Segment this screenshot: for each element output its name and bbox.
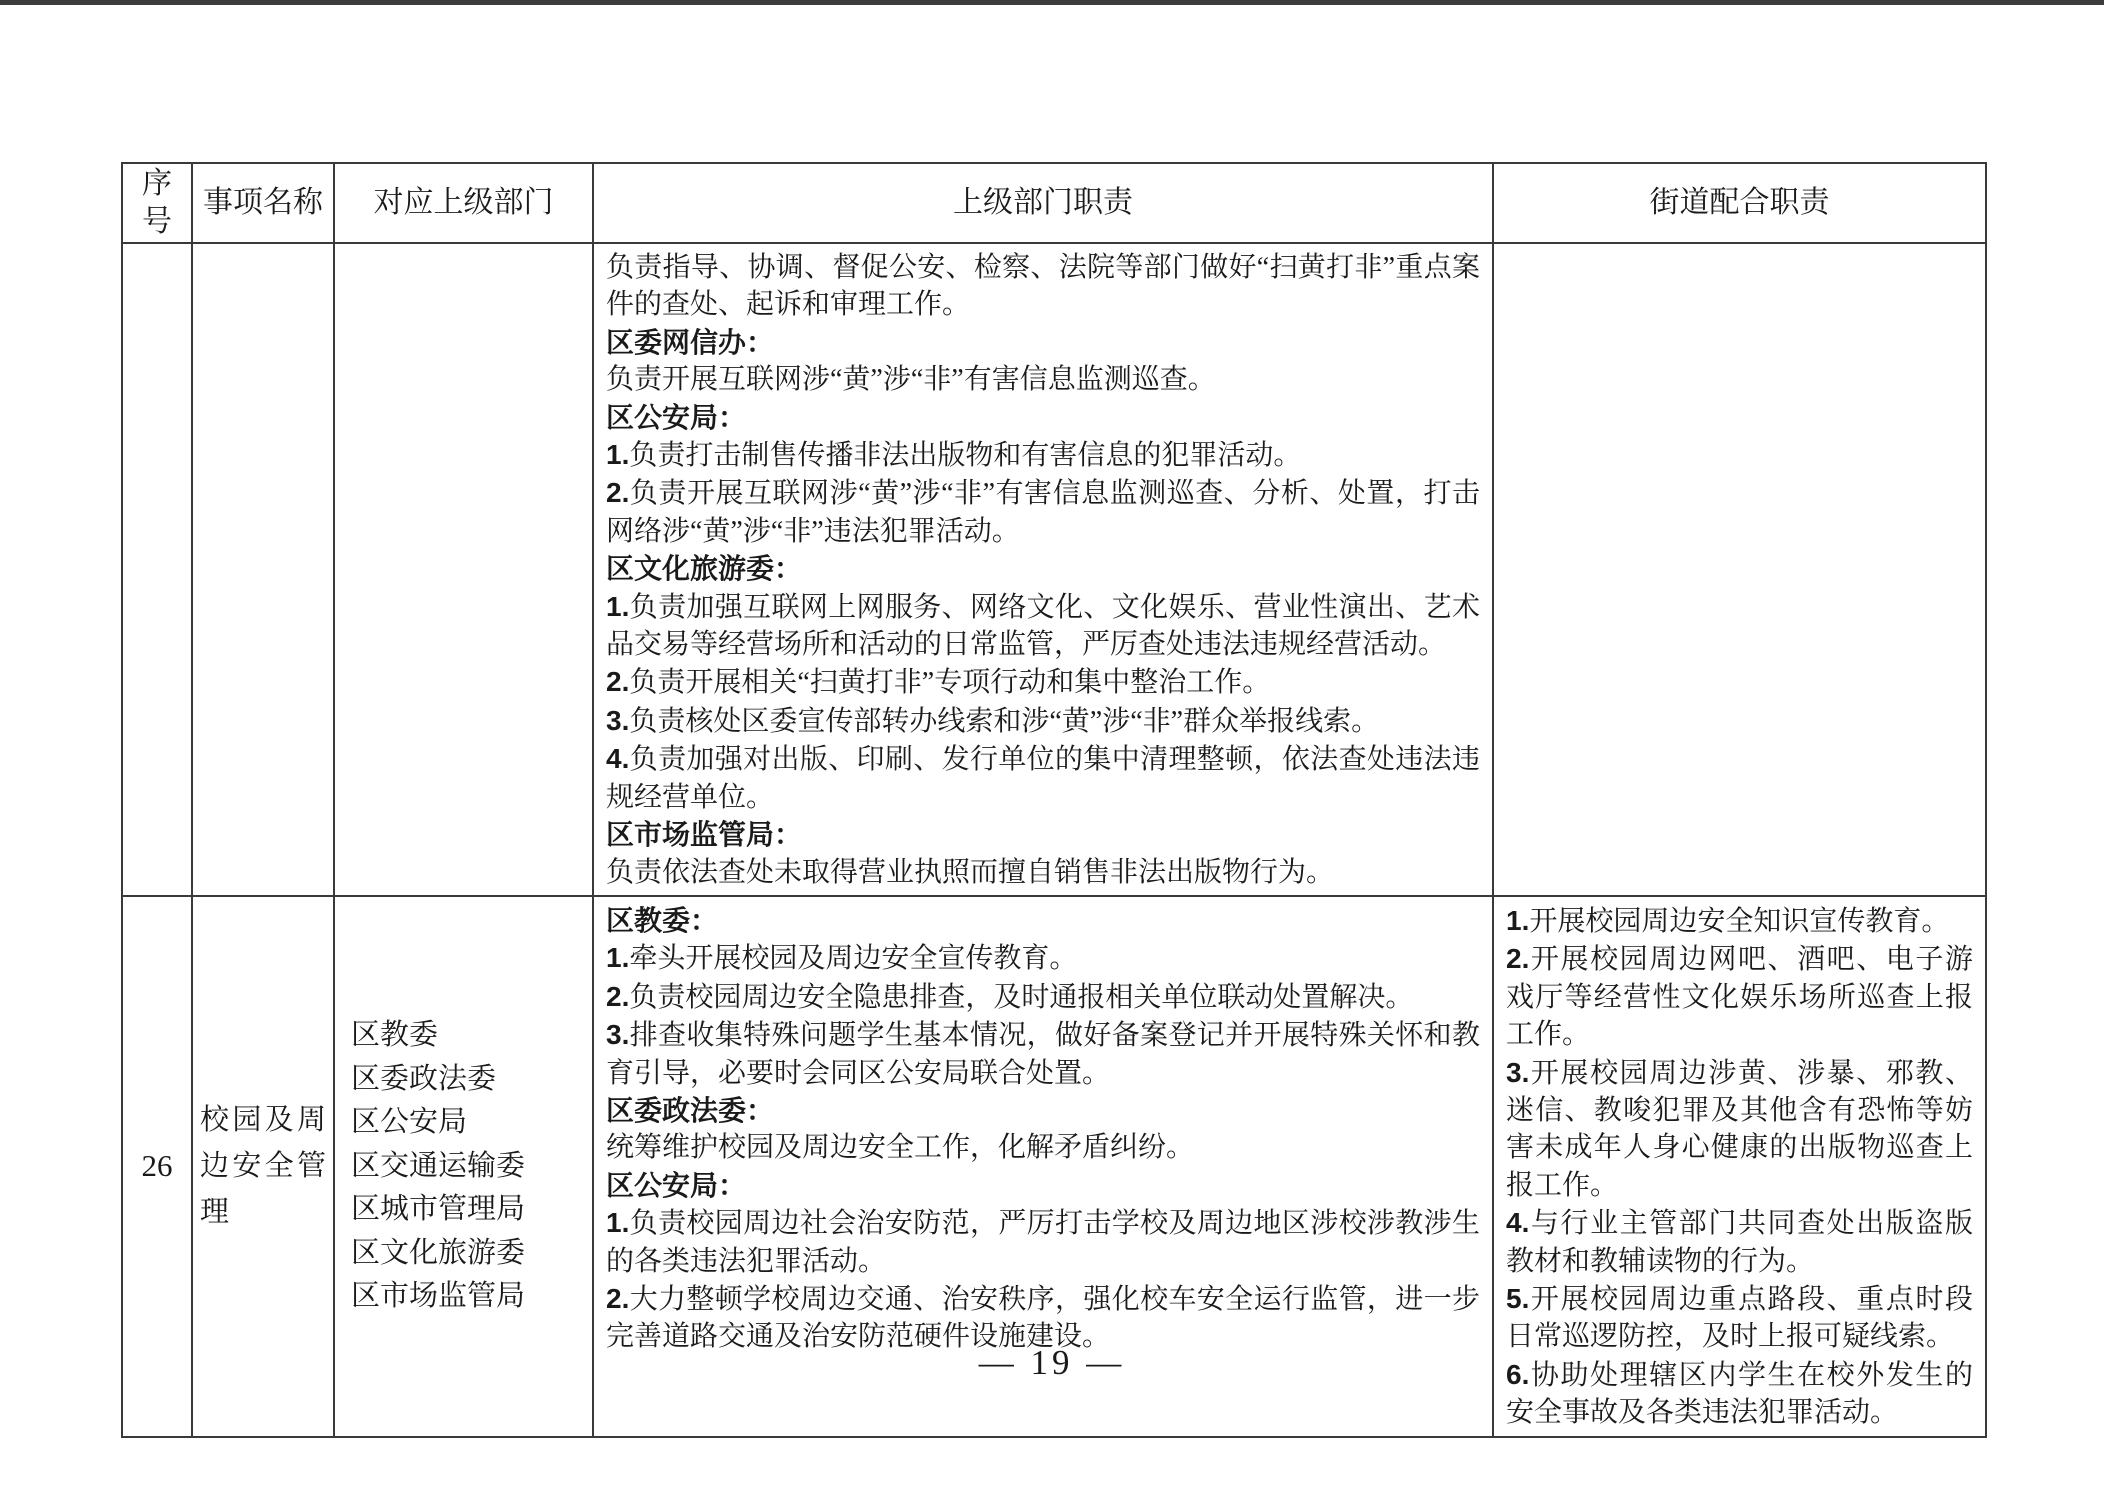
duty-paragraph: 负责指导、协调、督促公安、检察、法院等部门做好“扫黄打非”重点案件的查处、起诉和… — [606, 249, 1480, 324]
duties-table: 序号 事项名称 对应上级部门 上级部门职责 街道配合职责 负责指导、协调、督促公… — [121, 162, 1987, 1438]
duty-paragraph: 2.负责校园周边安全隐患排查，及时通报相关单位联动处置解决。 — [606, 978, 1480, 1016]
item-number: 2. — [1506, 943, 1529, 974]
duty-paragraph: 2.负责开展互联网涉“黄”涉“非”有害信息监测巡查、分析、处置，打击网络涉“黄”… — [606, 474, 1480, 550]
duty-paragraph: 1.负责校园周边社会治安防范，严厉打击学校及周边地区涉校涉教涉生的各类违法犯罪活… — [606, 1204, 1480, 1280]
item-number: 1. — [606, 439, 629, 470]
item-number: 2. — [606, 981, 629, 1012]
item-number: 3. — [1506, 1057, 1529, 1088]
header-seq: 序号 — [122, 163, 192, 243]
item-number: 2. — [606, 666, 629, 697]
item-number: 1. — [1506, 905, 1529, 936]
duty-paragraph: 4.负责加强对出版、印刷、发行单位的集中清理整顿，依法查处违法违规经营单位。 — [606, 740, 1480, 816]
duty-paragraph: 1.牵头开展校园及周边安全宣传教育。 — [606, 939, 1480, 977]
department-item: 区城市管理局 — [351, 1188, 591, 1232]
department-item: 区公安局 — [351, 1101, 591, 1145]
department-heading: 区教委： — [606, 902, 1480, 939]
duty-paragraph: 2.负责开展相关“扫黄打非”专项行动和集中整治工作。 — [606, 663, 1480, 701]
cell-item-name-empty — [192, 243, 334, 896]
department-item: 区教委 — [351, 1014, 591, 1058]
cell-departments-empty — [334, 243, 593, 896]
duty-paragraph: 3.排查收集特殊问题学生基本情况，做好备案登记并开展特殊关怀和教育引导，必要时会… — [606, 1016, 1480, 1092]
item-number: 2. — [606, 1283, 629, 1314]
cell-street-duties — [1493, 243, 1986, 896]
header-superior-duties: 上级部门职责 — [593, 163, 1493, 243]
duty-paragraph: 负责依法查处未取得营业执照而擅自销售非法出版物行为。 — [606, 854, 1480, 891]
department-item: 区市场监管局 — [351, 1275, 591, 1319]
department-heading: 区市场监管局： — [606, 816, 1480, 853]
item-number: 4. — [606, 743, 629, 774]
department-item: 区委政法委 — [351, 1058, 591, 1102]
cell-seq-empty — [122, 243, 192, 896]
duty-paragraph: 负责开展互联网涉“黄”涉“非”有害信息监测巡查。 — [606, 361, 1480, 398]
item-number: 1. — [606, 1207, 629, 1238]
department-heading: 区委网信办： — [606, 324, 1480, 361]
duty-paragraph: 1.开展校园周边安全知识宣传教育。 — [1506, 902, 1973, 940]
cell-superior-duties: 负责指导、协调、督促公安、检察、法院等部门做好“扫黄打非”重点案件的查处、起诉和… — [593, 243, 1493, 896]
header-item-name: 事项名称 — [192, 163, 334, 243]
duty-paragraph: 3.开展校园周边涉黄、涉暴、邪教、迷信、教唆犯罪及其他含有恐怖等妨害未成年人身心… — [1506, 1054, 1973, 1205]
duty-paragraph: 2.开展校园周边网吧、酒吧、电子游戏厅等经营性文化娱乐场所巡查上报工作。 — [1506, 940, 1973, 1053]
department-heading: 区文化旅游委： — [606, 550, 1480, 587]
department-item: 区交通运输委 — [351, 1145, 591, 1189]
item-number: 3. — [606, 705, 629, 736]
item-number: 2. — [606, 477, 629, 508]
header-street-duties: 街道配合职责 — [1493, 163, 1986, 243]
duty-paragraph: 统筹维护校园及周边安全工作，化解矛盾纠纷。 — [606, 1129, 1480, 1166]
table-row-continuation: 负责指导、协调、督促公安、检察、法院等部门做好“扫黄打非”重点案件的查处、起诉和… — [122, 243, 1986, 896]
duty-paragraph: 1.负责打击制售传播非法出版物和有害信息的犯罪活动。 — [606, 436, 1480, 474]
department-heading: 区公安局： — [606, 399, 1480, 436]
duty-paragraph: 1.负责加强互联网上网服务、网络文化、文化娱乐、营业性演出、艺术品交易等经营场所… — [606, 588, 1480, 664]
department-heading: 区公安局： — [606, 1167, 1480, 1204]
item-number: 1. — [606, 591, 629, 622]
table-header-row: 序号 事项名称 对应上级部门 上级部门职责 街道配合职责 — [122, 163, 1986, 243]
department-heading: 区委政法委： — [606, 1092, 1480, 1129]
department-item: 区文化旅游委 — [351, 1232, 591, 1276]
item-number: 3. — [606, 1019, 629, 1050]
page-number: — 19 — — [0, 1343, 2104, 1383]
item-number: 5. — [1506, 1283, 1529, 1314]
header-departments: 对应上级部门 — [334, 163, 593, 243]
header-seq-label: 序号 — [141, 165, 173, 241]
duty-paragraph: 4.与行业主管部门共同查处出版盗版教材和教辅读物的行为。 — [1506, 1204, 1973, 1280]
item-name-text: 校园及周边安全管理 — [200, 1097, 326, 1235]
scan-top-edge — [0, 0, 2104, 5]
item-number: 4. — [1506, 1207, 1529, 1238]
item-number: 1. — [606, 942, 629, 973]
duty-paragraph: 3.负责核处区委宣传部转办线索和涉“黄”涉“非”群众举报线索。 — [606, 702, 1480, 740]
